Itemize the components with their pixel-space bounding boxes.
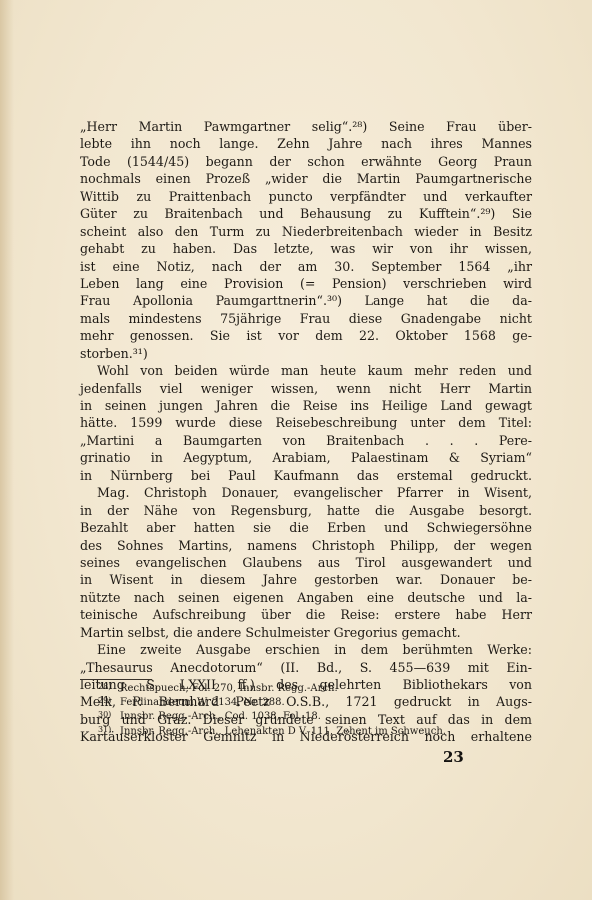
footnote-text: Innsbr. Regg.-Arch., Lehenakten D V. 111… — [120, 726, 446, 737]
paragraph-1: „Herr Martin Pawmgartner selig“.²⁸) Sein… — [80, 118, 532, 362]
footnote-text: Ferdinandeum W. 2134, Nr. 288. — [120, 697, 285, 708]
text-line: „Martini a Baumgarten von Braitenbach . … — [80, 432, 532, 449]
footnote-marker: 31) — [98, 723, 120, 737]
footnote-28: 28)Rechtspuech, Fol. 270, Innsbr. Regg.-… — [98, 680, 518, 694]
text-line: teinische Aufschreibung über die Reise: … — [80, 606, 532, 623]
text-line: in seinen jungen Jahren die Reise ins He… — [80, 397, 532, 414]
text-line: Leben lang eine Provision (= Pension) ve… — [80, 275, 532, 292]
text-line: Wohl von beiden würde man heute kaum meh… — [80, 362, 532, 379]
footnote-29: 29)Ferdinandeum W. 2134, Nr. 288. — [98, 694, 518, 708]
text-line: seines evangelischen Glaubens aus Tirol … — [80, 554, 532, 571]
text-line: lebte ihn noch lange. Zehn Jahre nach ih… — [80, 135, 532, 152]
text-line: in Wisent in diesem Jahre gestorben war.… — [80, 571, 532, 588]
book-page: „Herr Martin Pawmgartner selig“.²⁸) Sein… — [0, 0, 592, 900]
text-line: jedenfalls viel weniger wissen, wenn nic… — [80, 380, 532, 397]
text-line: mehr genossen. Sie ist vor dem 22. Oktob… — [80, 327, 532, 344]
body-text: „Herr Martin Pawmgartner selig“.²⁸) Sein… — [80, 118, 532, 746]
text-line: ist eine Notiz, nach der am 30. Septembe… — [80, 258, 532, 275]
text-line: Frau Apollonia Paumgarttnerin“.³⁰) Lange… — [80, 292, 532, 309]
text-line: Güter zu Braitenbach und Behausung zu Ku… — [80, 205, 532, 222]
text-line: in Nürnberg bei Paul Kaufmann das erstem… — [80, 467, 532, 484]
footnote-marker: 29) — [98, 694, 120, 708]
footnote-marker: 30) — [98, 708, 120, 722]
text-line: des Sohnes Martins, namens Christoph Phi… — [80, 537, 532, 554]
text-line: Tode (1544/45) begann der schon erwähnte… — [80, 153, 532, 170]
text-line: nützte nach seinen eigenen Angaben eine … — [80, 589, 532, 606]
text-line: Mag. Christoph Donauer, evangelischer Pf… — [80, 484, 532, 501]
paragraph-3: Mag. Christoph Donauer, evangelischer Pf… — [80, 484, 532, 641]
footnote-30: 30)Innsbr. Regg.-Arch., Cod. 1038, Fol. … — [98, 708, 518, 722]
footnote-text: Rechtspuech, Fol. 270, Innsbr. Regg.-Arc… — [120, 683, 338, 694]
text-line: Eine zweite Ausgabe erschien in dem berü… — [80, 641, 532, 658]
text-line: Martin selbst, die andere Schulmeister G… — [80, 624, 532, 641]
text-line: hätte. 1599 wurde diese Reisebeschreibun… — [80, 414, 532, 431]
text-line: „Herr Martin Pawmgartner selig“.²⁸) Sein… — [80, 118, 532, 135]
text-line: in der Nähe von Regensburg, hatte die Au… — [80, 502, 532, 519]
paragraph-2: Wohl von beiden würde man heute kaum meh… — [80, 362, 532, 484]
text-line: Wittib zu Praittenbach puncto verpfändte… — [80, 188, 532, 205]
text-line: mals mindestens 75jährige Frau diese Gna… — [80, 310, 532, 327]
text-line: grinatio in Aegyptum, Arabiam, Palaestin… — [80, 449, 532, 466]
footnote-text: Innsbr. Regg.-Arch., Cod. 1038, Fol. 18. — [120, 711, 321, 722]
text-line: gehabt zu haben. Das letzte, was wir von… — [80, 240, 532, 257]
text-line: „Thesaurus Anecdotorum“ (II. Bd., S. 455… — [80, 659, 532, 676]
text-line: storben.³¹) — [80, 345, 532, 362]
text-line: Bezahlt aber hatten sie die Erben und Sc… — [80, 519, 532, 536]
footnote-marker: 28) — [98, 680, 120, 694]
footnotes: 28)Rechtspuech, Fol. 270, Innsbr. Regg.-… — [98, 680, 518, 737]
page-number: 23 — [443, 748, 464, 766]
footnote-31: 31)Innsbr. Regg.-Arch., Lehenakten D V. … — [98, 723, 518, 737]
text-line: scheint also den Turm zu Niederbreitenba… — [80, 223, 532, 240]
text-line: nochmals einen Prozeß „wider die Martin … — [80, 170, 532, 187]
